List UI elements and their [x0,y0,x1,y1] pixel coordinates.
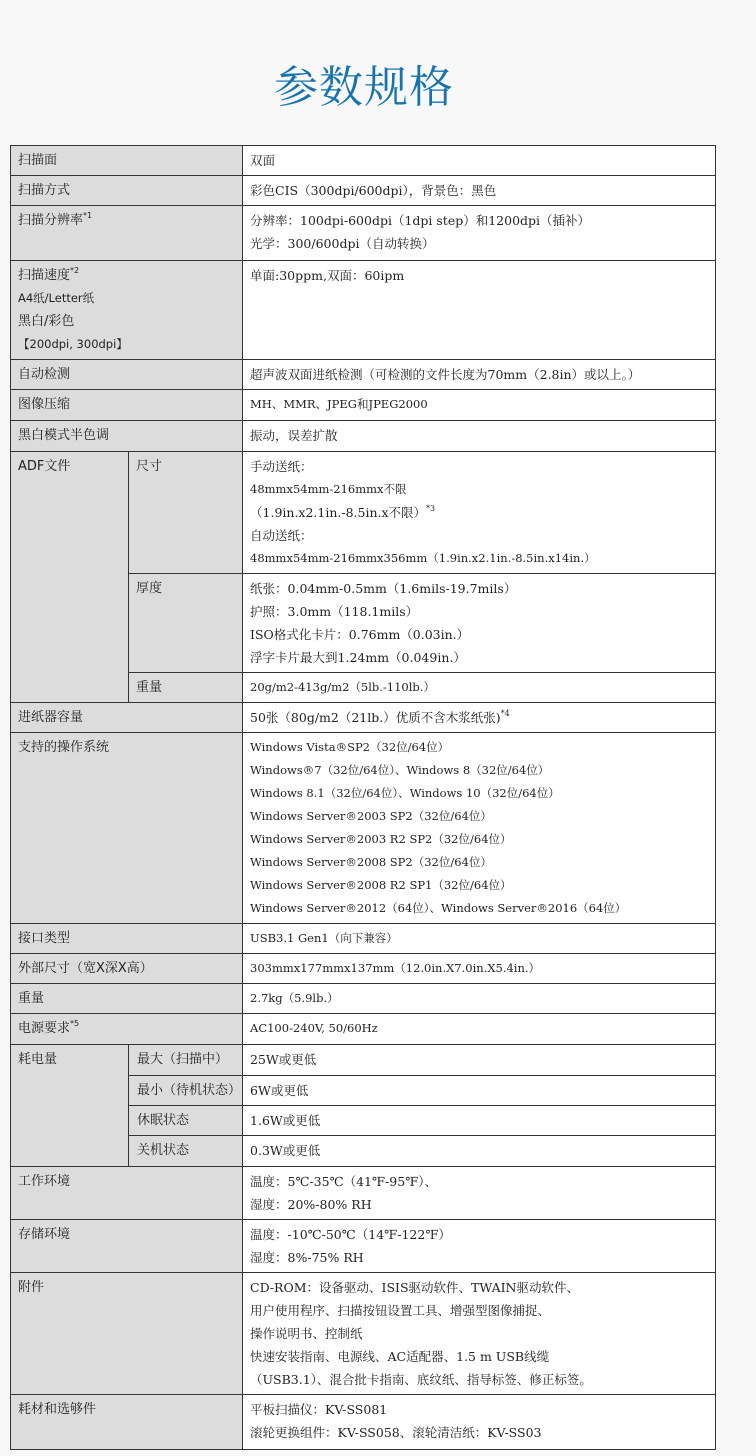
sub-label-max: 最大（扫描中） [129,1045,243,1076]
table-row: ADF文件 尺寸 手动送纸： 48mmx54mm-216mmx不限 （1.9in… [11,452,716,574]
sub-label-min: 最小（待机状态） [129,1076,243,1106]
value-line: 湿度：20%-80% RH [250,1193,709,1216]
label-text: 扫描速度 [18,268,70,283]
row-value-min: 6W或更低 [243,1076,716,1106]
label-text: 扫描分辨率 [18,213,83,228]
label-line: 黑白/彩色 [18,310,236,333]
row-value-operating-env: 温度：5℃-35℃（41℉-95℉）、 湿度：20%-80% RH [243,1167,716,1220]
value-line: 光学：300/600dpi（自动转换） [250,232,709,255]
row-value-adf-size: 手动送纸： 48mmx54mm-216mmx不限 （1.9in.x2.1in.-… [243,452,716,574]
table-row: 附件 CD-ROM：设备驱动、ISIS驱动软件、TWAIN驱动软件、 用户使用程… [11,1273,716,1395]
row-label-scan-side: 扫描面 [11,146,243,176]
value-line: （1.9in.x2.1in.-8.5in.x不限） [250,505,426,520]
value-line: CD-ROM：设备驱动、ISIS驱动软件、TWAIN驱动软件、 [250,1276,709,1299]
row-label-resolution: 扫描分辨率*1 [11,206,243,261]
value-line: 纸张：0.04mm-0.5mm（1.6mils-19.7mils） [250,577,709,600]
row-label-feeder-capacity: 进纸器容量 [11,703,243,733]
row-value-interface: USB3.1 Gen1（向下兼容） [243,924,716,954]
row-label-operating-env: 工作环境 [11,1167,243,1220]
value-line: 温度：5℃-35℃（41℉-95℉）、 [250,1170,709,1193]
row-label-auto-detect: 自动检测 [11,360,243,390]
row-label-adf: ADF文件 [11,452,129,703]
table-row: 进纸器容量 50张（80g/m2（21lb.）优质不含木浆纸张)*4 [11,703,716,733]
value-line: 温度：-10℃-50℃（14℉-122℉） [250,1223,709,1246]
row-value-adf-weight: 20g/m2-413g/m2（5lb.-110lb.） [243,673,716,703]
value-line: Windows Server®2008 R2 SP1（32位/64位） [250,874,709,897]
label-text: 电源要求 [18,1021,70,1036]
table-row: 扫描分辨率*1 分辨率：100dpi-600dpi（1dpi step）和120… [11,206,716,261]
row-label-compression: 图像压缩 [11,390,243,421]
value-line: 湿度：8%-75% RH [250,1246,709,1269]
label-line: 【200dpi, 300dpi】 [18,333,236,356]
table-row: 扫描方式 彩色CIS（300dpi/600dpi），背景色：黑色 [11,176,716,206]
footnote-marker: *4 [501,709,510,718]
spec-table: 扫描面 双面 扫描方式 彩色CIS（300dpi/600dpi），背景色：黑色 … [10,145,716,1450]
value-line: 快速安装指南、电源线、AC适配器、1.5 m USB线缆 [250,1345,709,1368]
sub-label-sleep: 休眠状态 [129,1106,243,1136]
value-line: 48mmx54mm-216mmx356mm（1.9in.x2.1in.-8.5i… [250,547,709,570]
row-value-sleep: 1.6W或更低 [243,1106,716,1136]
table-row: 电源要求*5 AC100-240V, 50/60Hz [11,1014,716,1045]
value-line: （USB3.1）、混合批卡指南、底纹纸、指导标签、修正标签。 [250,1368,709,1391]
value-line: 手动送纸： [250,455,709,478]
row-value-feeder-capacity: 50张（80g/m2（21lb.）优质不含木浆纸张)*4 [243,703,716,733]
value-line: Windows Server®2003 R2 SP2（32位/64位） [250,828,709,851]
row-value-scan-side: 双面 [243,146,716,176]
footnote-marker: *2 [70,266,79,275]
row-label-speed: 扫描速度*2 A4纸/Letter纸 黑白/彩色 【200dpi, 300dpi… [11,261,243,360]
value-line: Windows Vista®SP2（32位/64位） [250,736,709,759]
table-row: 外部尺寸（宽X深X高） 303mmx177mmx137mm（12.0in.X7.… [11,954,716,984]
value-line: 滚轮更换组件：KV-SS058、滚轮清洁纸：KV-SS03 [250,1421,709,1444]
row-label-consumption: 耗电量 [11,1045,129,1167]
row-value-accessories: CD-ROM：设备驱动、ISIS驱动软件、TWAIN驱动软件、 用户使用程序、扫… [243,1273,716,1395]
table-row: 耗材和选够件 平板扫描仪：KV-SS081 滚轮更换组件：KV-SS058、滚轮… [11,1395,716,1450]
row-value-weight: 2.7kg（5.9lb.） [243,984,716,1014]
value-line: ISO格式化卡片：0.76mm（0.03in.） [250,623,709,646]
row-label-dimensions: 外部尺寸（宽X深X高） [11,954,243,984]
sub-label-size: 尺寸 [129,452,243,574]
row-label-halftone: 黑白模式半色调 [11,421,243,452]
row-label-options: 耗材和选够件 [11,1395,243,1450]
value-line: 48mmx54mm-216mmx不限 [250,478,709,501]
value-line: Windows Server®2012（64位）、Windows Server®… [250,897,709,920]
value-line: Windows 8.1（32位/64位）、Windows 10（32位/64位） [250,782,709,805]
row-value-dimensions: 303mmx177mmx137mm（12.0in.X7.0in.X5.4in.） [243,954,716,984]
row-label-scan-method: 扫描方式 [11,176,243,206]
footnote-marker: *5 [70,1019,79,1028]
value-line: 用户使用程序、扫描按钮设置工具、增强型图像捕捉、 [250,1299,709,1322]
row-value-os: Windows Vista®SP2（32位/64位） Windows®7（32位… [243,733,716,924]
table-row: 图像压缩 MH、MMR、JPEG和JPEG2000 [11,390,716,421]
table-row: 耗电量 最大（扫描中） 25W或更低 [11,1045,716,1076]
row-value-adf-thickness: 纸张：0.04mm-0.5mm（1.6mils-19.7mils） 护照：3.0… [243,574,716,673]
row-value-compression: MH、MMR、JPEG和JPEG2000 [243,390,716,421]
value-line: Windows Server®2008 SP2（32位/64位） [250,851,709,874]
page-title: 参数规格 [0,58,728,118]
row-label-os: 支持的操作系统 [11,733,243,924]
sub-label-thickness: 厚度 [129,574,243,673]
footnote-marker: *3 [426,504,435,513]
row-value-max: 25W或更低 [243,1045,716,1076]
row-value-resolution: 分辨率：100dpi-600dpi（1dpi step）和1200dpi（插补）… [243,206,716,261]
value-line: 自动送纸： [250,524,709,547]
value-line: 护照：3.0mm（118.1mils） [250,600,709,623]
row-label-weight: 重量 [11,984,243,1014]
row-value-power: AC100-240V, 50/60Hz [243,1014,716,1045]
row-label-power: 电源要求*5 [11,1014,243,1045]
row-label-interface: 接口类型 [11,924,243,954]
table-row: 重量 2.7kg（5.9lb.） [11,984,716,1014]
row-label-storage-env: 存储环境 [11,1220,243,1273]
sub-label-weight: 重量 [129,673,243,703]
table-row: 扫描面 双面 [11,146,716,176]
value-line: 平板扫描仪：KV-SS081 [250,1398,709,1421]
row-label-accessories: 附件 [11,1273,243,1395]
sub-label-off: 关机状态 [129,1136,243,1167]
table-row: 自动检测 超声波双面进纸检测（可检测的文件长度为70mm（2.8in）或以上。） [11,360,716,390]
value-line: Windows®7（32位/64位）、Windows 8（32位/64位） [250,759,709,782]
row-value-off: 0.3W或更低 [243,1136,716,1167]
row-value-speed: 单面:30ppm,双面：60ipm [243,261,716,360]
table-row: 存储环境 温度：-10℃-50℃（14℉-122℉） 湿度：8%-75% RH [11,1220,716,1273]
row-value-scan-method: 彩色CIS（300dpi/600dpi），背景色：黑色 [243,176,716,206]
footnote-marker: *1 [83,211,92,220]
value-text: 50张（80g/m2（21lb.）优质不含木浆纸张) [250,710,501,725]
value-line: 浮字卡片最大到1.24mm（0.049in.） [250,646,709,669]
table-row: 扫描速度*2 A4纸/Letter纸 黑白/彩色 【200dpi, 300dpi… [11,261,716,360]
row-value-auto-detect: 超声波双面进纸检测（可检测的文件长度为70mm（2.8in）或以上。） [243,360,716,390]
table-row: 接口类型 USB3.1 Gen1（向下兼容） [11,924,716,954]
row-value-options: 平板扫描仪：KV-SS081 滚轮更换组件：KV-SS058、滚轮清洁纸：KV-… [243,1395,716,1450]
value-line: Windows Server®2003 SP2（32位/64位） [250,805,709,828]
row-value-storage-env: 温度：-10℃-50℃（14℉-122℉） 湿度：8%-75% RH [243,1220,716,1273]
value-line: 分辨率：100dpi-600dpi（1dpi step）和1200dpi（插补） [250,209,709,232]
row-value-halftone: 振动，误差扩散 [243,421,716,452]
label-line: A4纸/Letter纸 [18,287,236,310]
table-row: 工作环境 温度：5℃-35℃（41℉-95℉）、 湿度：20%-80% RH [11,1167,716,1220]
table-row: 支持的操作系统 Windows Vista®SP2（32位/64位） Windo… [11,733,716,924]
table-row: 黑白模式半色调 振动，误差扩散 [11,421,716,452]
value-line: 操作说明书、控制纸 [250,1322,709,1345]
